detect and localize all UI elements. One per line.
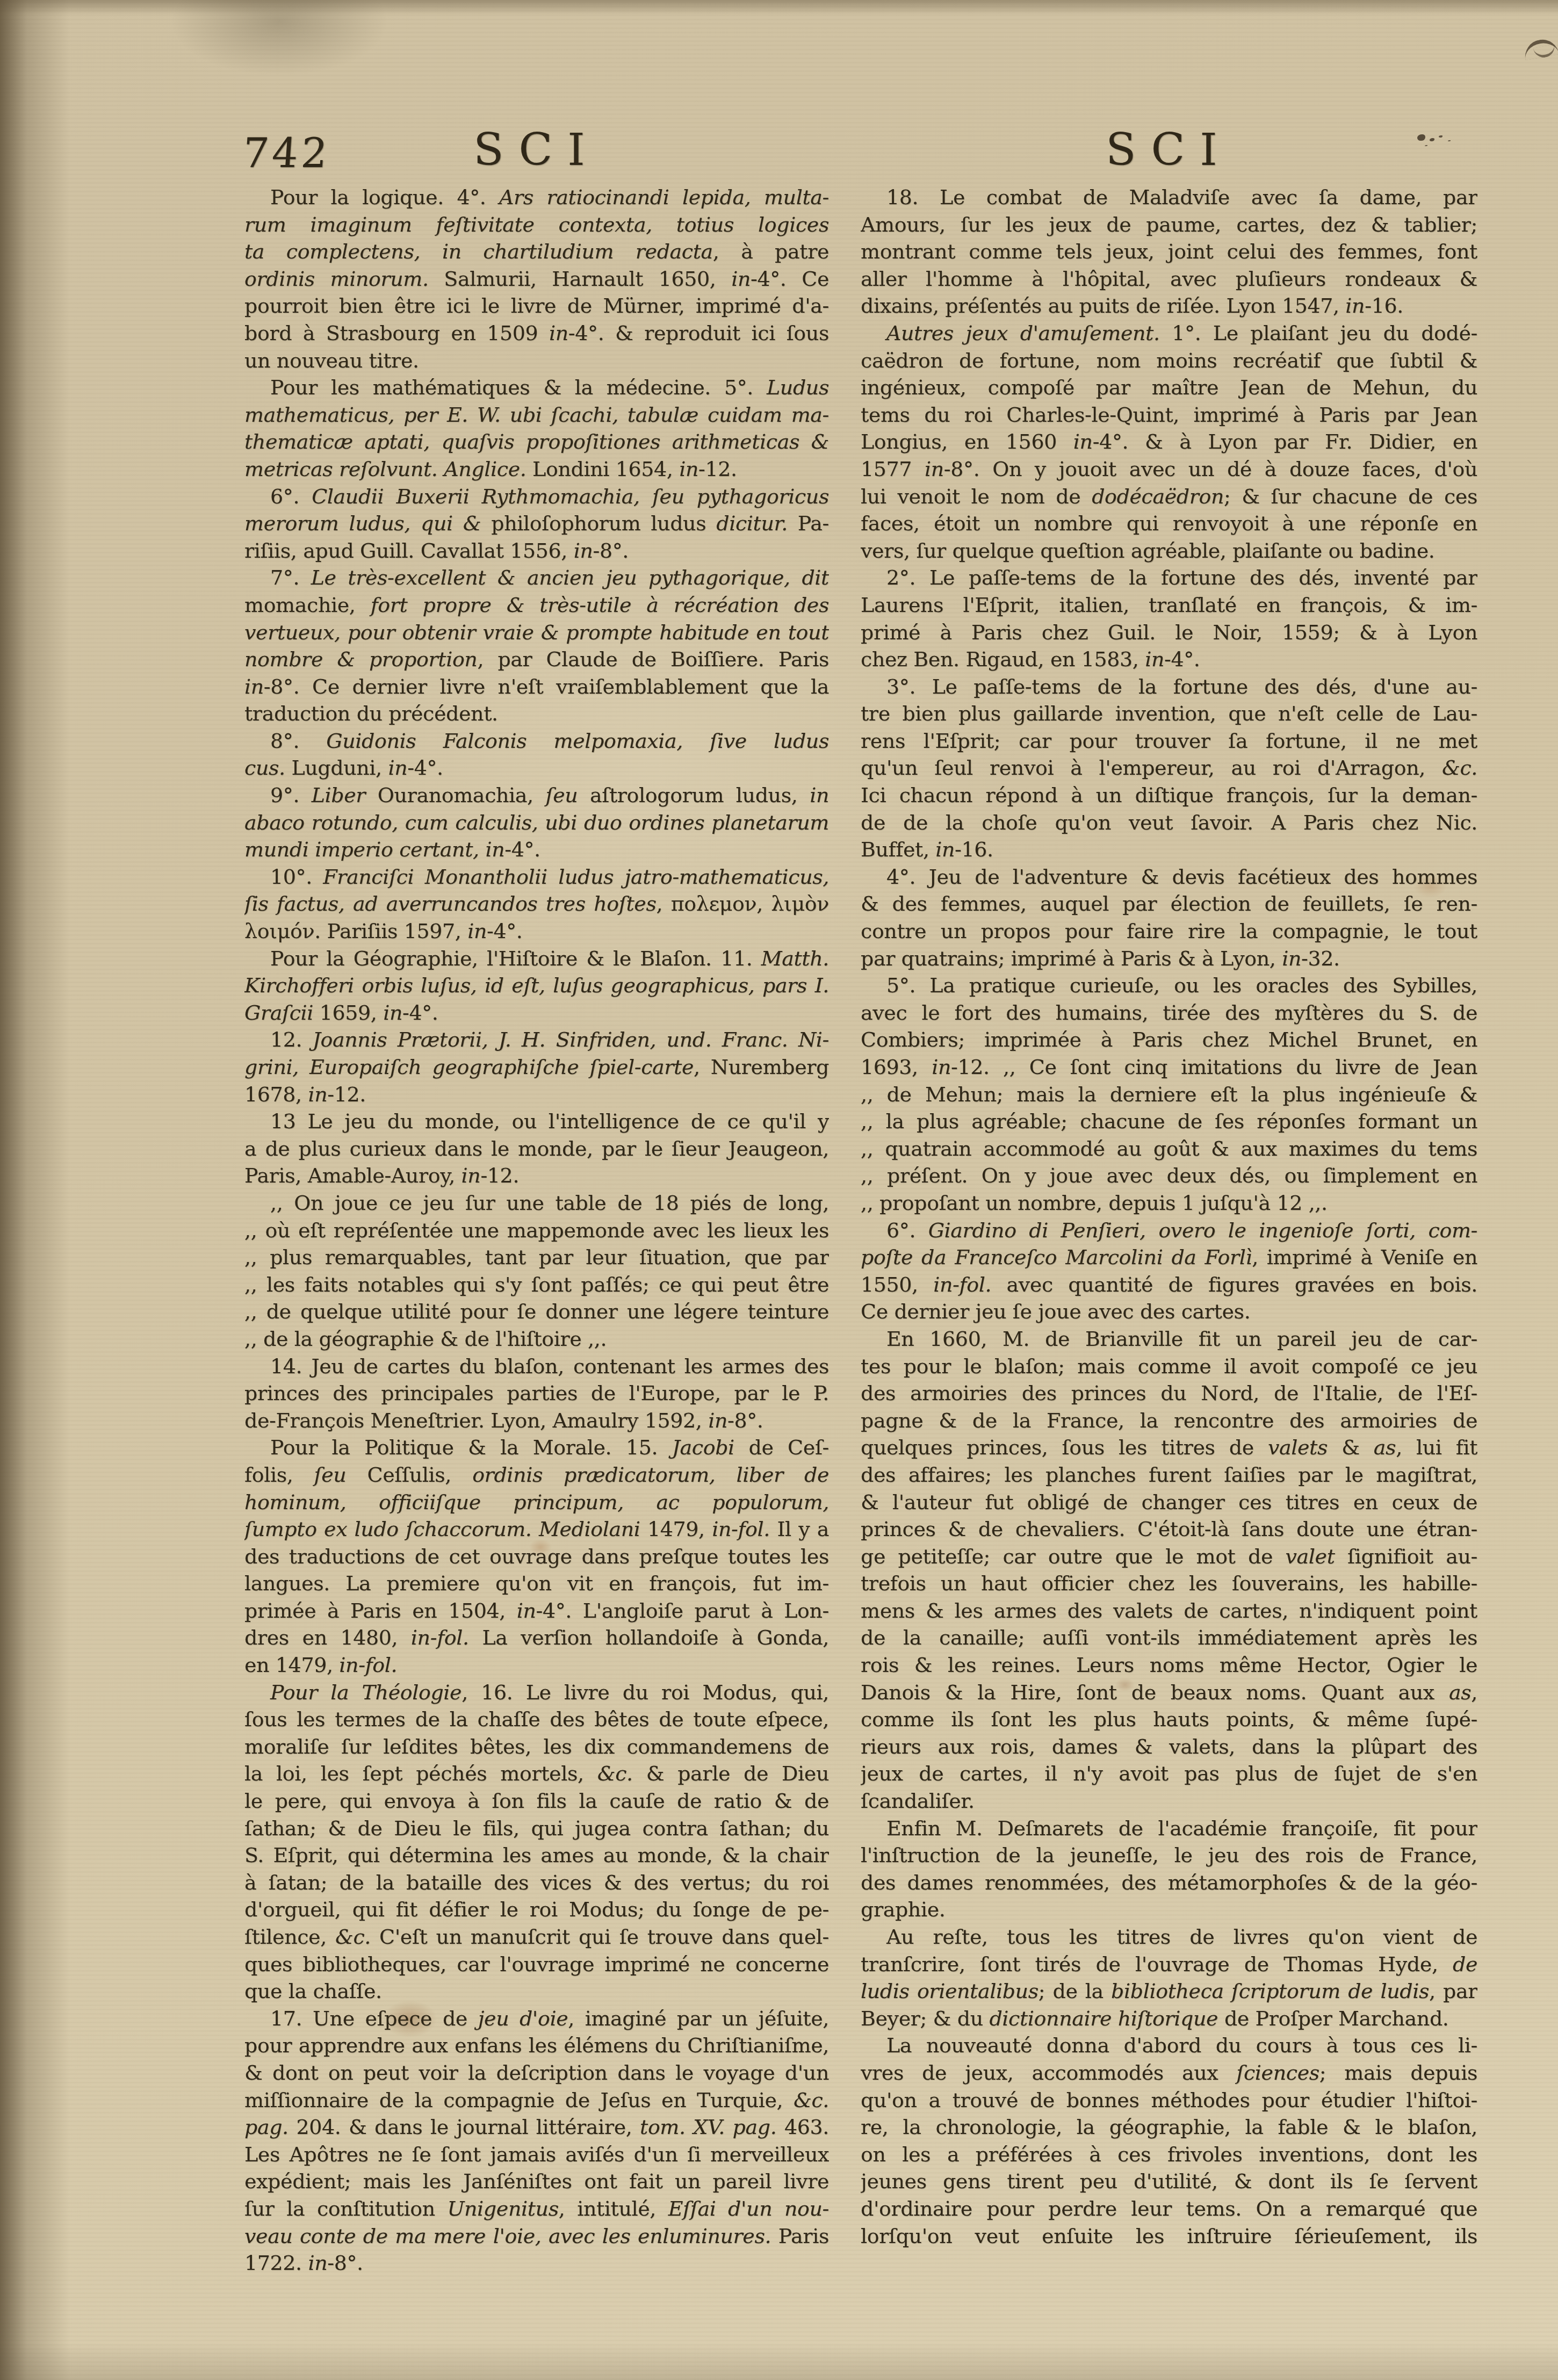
text-line: ,, de la géographie & de l'hiſtoire ,,. <box>244 1325 829 1353</box>
text-line: ſtilence, &c. C'eſt un manuſcrit qui ſe … <box>244 1923 829 1951</box>
text-line: grini, Europaiſch geographiſche ſpiel-ca… <box>244 1054 829 1081</box>
text-line: tranſcrire, ſont tirés de l'ouvrage de T… <box>861 1951 1477 1978</box>
text-line: contre un propos pour faire rire la comp… <box>861 918 1477 945</box>
text-line: ,, On joue ce jeu ſur une table de 18 pi… <box>244 1189 829 1217</box>
text-line: nombre & proportion, par Claude de Boiſſ… <box>244 646 829 673</box>
text-line: pagne & de la France, la rencontre des a… <box>861 1407 1477 1434</box>
text-line: princes des principales parties de l'Eur… <box>244 1380 829 1407</box>
text-line: la loi, les ſept péchés mortels, &c. & p… <box>244 1760 829 1787</box>
column-right: 18. Le combat de Maladviſe avec ſa dame,… <box>861 184 1477 2249</box>
text-line: Ce dernier jeu ſe joue avec des cartes. <box>861 1298 1477 1325</box>
text-line: traduction du précédent. <box>244 700 829 727</box>
text-line: & des femmes, auquel par élection de feu… <box>861 890 1477 918</box>
text-line: Enfin M. Deſmarets de l'académie françoi… <box>861 1815 1477 1842</box>
text-line: rens l'Eſprit; car pour trouver ſa fortu… <box>861 727 1477 755</box>
text-line: 6°. Giardino di Penſieri, overo le ingen… <box>861 1217 1477 1244</box>
text-line: S. Eſprit, qui détermina les ames au mon… <box>244 1842 829 1869</box>
text-line: ,, où eſt repréſentée une mappemonde ave… <box>244 1217 829 1244</box>
text-line: ,, de Mehun; mais la derniere eſt la plu… <box>861 1081 1477 1108</box>
text-line: Danois & la Hire, ſont de beaux noms. Qu… <box>861 1679 1477 1706</box>
text-line: dres en 1480, in-fol. La verſion holland… <box>244 1624 829 1651</box>
text-line: ſur la conſtitution Unigenitus, intitulé… <box>244 2195 829 2223</box>
text-line: en 1479, in-fol. <box>244 1651 829 1679</box>
text-line: d'orgueil, qui fit défier le roi Modus; … <box>244 1896 829 1923</box>
text-line: quelques princes, ſous les titres de val… <box>861 1434 1477 1461</box>
text-line: comme ils ſont les plus hauts points, & … <box>861 1706 1477 1733</box>
text-line: Buffet, in-16. <box>861 836 1477 863</box>
text-line: primée à Paris en 1504, in-4°. L'angloiſ… <box>244 1597 829 1625</box>
text-line: Ici chacun répond à un diſtique françois… <box>861 782 1477 809</box>
text-line: Pour la Géographie, l'Hiſtoire & le Blaſ… <box>244 945 829 972</box>
text-line: La nouveauté donna d'abord du cours à to… <box>861 2032 1477 2059</box>
text-line: chez Ben. Rigaud, en 1583, in-4°. <box>861 646 1477 673</box>
text-line: En 1660, M. de Brianville fit un pareil … <box>861 1325 1477 1353</box>
text-line: l'inſtruction de la jeuneſſe, le jeu des… <box>861 1842 1477 1869</box>
text-line: Combiers; imprimée à Paris chez Michel B… <box>861 1026 1477 1054</box>
text-line: riſiis, apud Guill. Cavallat 1556, in-8°… <box>244 537 829 565</box>
text-line: ludis orientalibus; de la bibliotheca ſc… <box>861 1978 1477 2005</box>
text-line: ingénieux, compoſé par maître Jean de Me… <box>861 374 1477 401</box>
text-line: λοιμόν. Pariſiis 1597, in-4°. <box>244 918 829 945</box>
text-line: trefois un haut officier chez les ſouver… <box>861 1570 1477 1597</box>
text-line: 17. Une eſpece de jeu d'oie, imaginé par… <box>244 2005 829 2032</box>
text-line: à ſatan; de la bataille des vices & des … <box>244 1869 829 1896</box>
text-line: de de la choſe qu'on veut ſavoir. A Pari… <box>861 809 1477 836</box>
text-line: lui venoit le nom de dodécaëdron; & ſur … <box>861 483 1477 510</box>
text-line: veau conte de ma mere l'oie, avec les en… <box>244 2223 829 2250</box>
text-line: rum imaginum feſtivitate contexta, totiu… <box>244 211 829 239</box>
text-line: avec le fort des humains, tirée des myſt… <box>861 999 1477 1027</box>
text-line: montrant comme tels jeux, joint celui de… <box>861 238 1477 265</box>
text-line: tes pour le blaſon; mais comme il avoit … <box>861 1353 1477 1380</box>
text-line: 8°. Guidonis Falconis melpomaxia, ſive l… <box>244 727 829 755</box>
text-line: poſte da Franceſco Marcolini da Forlì, i… <box>861 1244 1477 1271</box>
text-line: ſcandaliſer. <box>861 1787 1477 1815</box>
text-line: Pour la Politique & la Morale. 15. Jacob… <box>244 1434 829 1461</box>
text-line: pourroit bien être ici le livre de Mürne… <box>244 292 829 320</box>
text-line: caëdron de fortune, nom moins recréatif … <box>861 347 1477 374</box>
text-line: Autres jeux d'amuſement. 1°. Le plaiſant… <box>861 320 1477 347</box>
text-line: des dames renommées, des métamorphoſes &… <box>861 1869 1477 1896</box>
text-line: 2°. Le paſſe-tems de la fortune des dés,… <box>861 564 1477 592</box>
text-line: moraliſe ſur leſdites bêtes, les dix com… <box>244 1733 829 1761</box>
text-line: 7°. Le très-excellent & ancien jeu pytha… <box>244 564 829 592</box>
text-line: ,, propoſant un nombre, depuis 1 juſqu'à… <box>861 1189 1477 1217</box>
text-line: merorum ludus, qui & philoſophorum ludus… <box>244 510 829 537</box>
text-line: 1678, in-12. <box>244 1081 829 1108</box>
text-line: tems du roi Charles-le-Quint, imprimé à … <box>861 401 1477 429</box>
text-line: d'ordinaire pour perdre leur tems. On a … <box>861 2195 1477 2223</box>
text-line: 6°. Claudii Buxerii Rythmomachia, ſeu py… <box>244 483 829 510</box>
text-line: in-8°. Ce dernier livre n'eſt vraiſembla… <box>244 673 829 701</box>
text-line: abaco rotundo, cum calculis, ubi duo ord… <box>244 809 829 836</box>
text-line: mundi imperio certant, in-4°. <box>244 836 829 863</box>
text-line: pag. 204. & dans le journal littéraire, … <box>244 2114 829 2141</box>
text-line: 1550, in-fol. avec quantité de figures g… <box>861 1271 1477 1299</box>
ink-squiggle-mark <box>1523 37 1558 61</box>
running-head-left: SCI <box>244 125 829 176</box>
text-line: miſſionnaire de la compagnie de Jeſus en… <box>244 2087 829 2114</box>
text-line: folis, ſeu Ceſſulis, ordinis prædicatoru… <box>244 1461 829 1489</box>
text-line: de-François Meneſtrier. Lyon, Amaulry 15… <box>244 1407 829 1434</box>
text-line: expédient; mais les Janſéniſtes ont fait… <box>244 2168 829 2195</box>
text-line: jeux de cartes, il n'y avoit pas plus de… <box>861 1760 1477 1787</box>
text-line: graphie. <box>861 1896 1477 1923</box>
text-line: 1722. in-8°. <box>244 2249 829 2277</box>
text-line: ſathan; & de Dieu le fils, qui jugea con… <box>244 1815 829 1842</box>
text-line: un nouveau titre. <box>244 347 829 374</box>
text-line: ,, plus remarquables, tant par leur ſitu… <box>244 1244 829 1271</box>
text-line: Graſcii 1659, in-4°. <box>244 999 829 1027</box>
text-line: par quatrains; imprimé à Paris & à Lyon,… <box>861 945 1477 972</box>
text-line: qu'un ſeul renvoi à l'empereur, au roi d… <box>861 754 1477 782</box>
scanned-book-page: { "page": { "number": "742", "header_lef… <box>0 0 1558 2380</box>
text-line: ſis factus, ad averruncandos tres hoſtes… <box>244 890 829 918</box>
text-line: 12. Joannis Prætorii, J. H. Sinfriden, u… <box>244 1026 829 1054</box>
text-line: ques bibliotheques, car l'ouvrage imprim… <box>244 1951 829 1978</box>
text-line: le pere, qui envoya à ſon fils la cauſe … <box>244 1787 829 1815</box>
text-line: pour apprendre aux enfans les élémens du… <box>244 2032 829 2059</box>
text-line: thematicæ aptati, quaſvis propoſitiones … <box>244 428 829 456</box>
text-line: de la canaille; auſſi vont-ils immédiate… <box>861 1624 1477 1651</box>
text-line: 10°. Franciſci Monantholii ludus jatro-m… <box>244 863 829 891</box>
running-head-right: SCI <box>861 125 1477 176</box>
text-line: mens & les armes des valets de cartes, n… <box>861 1597 1477 1625</box>
text-line: hominum, officiiſque principum, ac popul… <box>244 1489 829 1516</box>
text-line: princes & de chevaliers. C'étoit-là ſans… <box>861 1516 1477 1543</box>
text-line: ordinis minorum. Salmurii, Harnault 1650… <box>244 265 829 293</box>
text-line: Au reſte, tous les titres de livres qu'o… <box>861 1923 1477 1951</box>
text-line: 14. Jeu de cartes du blaſon, contenant l… <box>244 1353 829 1380</box>
column-left: Pour la logique. 4°. Ars ratiocinandi le… <box>244 184 829 2277</box>
text-line: ſumpto ex ludo ſchaccorum. Mediolani 147… <box>244 1516 829 1543</box>
text-line: des affaires; les planches furent ſaiſie… <box>861 1461 1477 1489</box>
text-line: Paris, Amable-Auroy, in-12. <box>244 1162 829 1189</box>
text-line: re, la chronologie, la géographie, la fa… <box>861 2114 1477 2141</box>
text-line: ta complectens, in chartiludium redacta,… <box>244 238 829 265</box>
text-line: ,, préſent. On y joue avec deux dés, ou … <box>861 1162 1477 1189</box>
text-line: a de plus curieux dans le monde, par le … <box>244 1135 829 1163</box>
text-line: des armoiries des princes du Nord, de l'… <box>861 1380 1477 1407</box>
text-line: ſous les termes de la chaſſe des bêtes d… <box>244 1706 829 1733</box>
text-line: 9°. Liber Ouranomachia, ſeu aſtrologorum… <box>244 782 829 809</box>
text-line: primé à Paris chez Guil. le Noir, 1559; … <box>861 619 1477 646</box>
text-line: 18. Le combat de Maladviſe avec ſa dame,… <box>861 184 1477 211</box>
text-line: Pour la Théologie, 16. Le livre du roi M… <box>244 1679 829 1706</box>
text-line: 3°. Le paſſe-tems de la fortune des dés,… <box>861 673 1477 701</box>
text-line: 4°. Jeu de l'adventure & devis facétieux… <box>861 863 1477 891</box>
text-line: des traductions de cet ouvrage dans preſ… <box>244 1543 829 1570</box>
text-line: momachie, fort propre & très-utile à réc… <box>244 592 829 619</box>
text-line: Longius, en 1560 in-4°. & à Lyon par Fr.… <box>861 428 1477 456</box>
text-line: Pour la logique. 4°. Ars ratiocinandi le… <box>244 184 829 211</box>
text-line: faces, étoit un nombre qui renvoyoit à u… <box>861 510 1477 537</box>
text-line: mathematicus, per E. W. ubi ſcachi, tabu… <box>244 401 829 429</box>
text-line: 1577 in-8°. On y jouoit avec un dé à dou… <box>861 456 1477 483</box>
text-line: ,, de quelque utilité pour ſe donner une… <box>244 1298 829 1325</box>
text-line: aller l'homme à l'hôpital, avec pluſieur… <box>861 265 1477 293</box>
text-line: ,, quatrain accommodé au goût & aux maxi… <box>861 1135 1477 1163</box>
text-line: vres de jeux, accommodés aux ſciences; m… <box>861 2059 1477 2087</box>
text-line: Laurens l'Eſprit, italien, tranſlaté en … <box>861 592 1477 619</box>
text-line: on les a préférées à ces frivoles invent… <box>861 2141 1477 2168</box>
text-line: 13 Le jeu du monde, ou l'intelligence de… <box>244 1108 829 1135</box>
text-line: rieurs aux rois, dames & valets, dans la… <box>861 1733 1477 1761</box>
text-line: Kirchofferi orbis luſus, id eſt, luſus g… <box>244 972 829 999</box>
text-line: Amours, ſur les jeux de paume, cartes, d… <box>861 211 1477 239</box>
text-line: ge petiteſſe; car outre que le mot de va… <box>861 1543 1477 1570</box>
text-line: tre bien plus gaillarde invention, que n… <box>861 700 1477 727</box>
text-line: lorſqu'on veut enſuite les inſtruire ſér… <box>861 2223 1477 2250</box>
text-line: Les Apôtres ne ſe ſont jamais aviſés d'u… <box>244 2141 829 2168</box>
text-line: Beyer; & du dictionnaire hiſtorique de P… <box>861 2005 1477 2032</box>
text-line: ,, les faits notables qui s'y ſont paſſé… <box>244 1271 829 1299</box>
text-line: metricas reſolvunt. Anglice. Londini 165… <box>244 456 829 483</box>
text-line: 5°. La pratique curieuſe, ou les oracles… <box>861 972 1477 999</box>
text-line: langues. La premiere qu'on vit en franço… <box>244 1570 829 1597</box>
text-line: jeunes gens tirent peu d'utilité, & dont… <box>861 2168 1477 2195</box>
text-line: bord à Strasbourg en 1509 in-4°. & repro… <box>244 320 829 347</box>
text-line: & dont on peut voir la deſcription dans … <box>244 2059 829 2087</box>
text-line: vers, ſur quelque queſtion agréable, pla… <box>861 537 1477 565</box>
text-line: qu'on a trouvé de bonnes méthodes pour é… <box>861 2087 1477 2114</box>
text-line: 1693, in-12. ,, Ce ſont cinq imitations … <box>861 1054 1477 1081</box>
text-line: que la chaſſe. <box>244 1978 829 2005</box>
text-line: ,, la plus agréable; chacune de ſes répo… <box>861 1108 1477 1135</box>
text-line: vertueux, pour obtenir vraie & prompte h… <box>244 619 829 646</box>
text-line: cus. Lugduni, in-4°. <box>244 754 829 782</box>
text-line: & l'auteur fut obligé de changer ces tit… <box>861 1489 1477 1516</box>
text-line: dixains, préſentés au puits de riſée. Ly… <box>861 292 1477 320</box>
text-line: rois & les reines. Leurs noms même Hecto… <box>861 1651 1477 1679</box>
text-line: Pour les mathématiques & la médecine. 5°… <box>244 374 829 401</box>
